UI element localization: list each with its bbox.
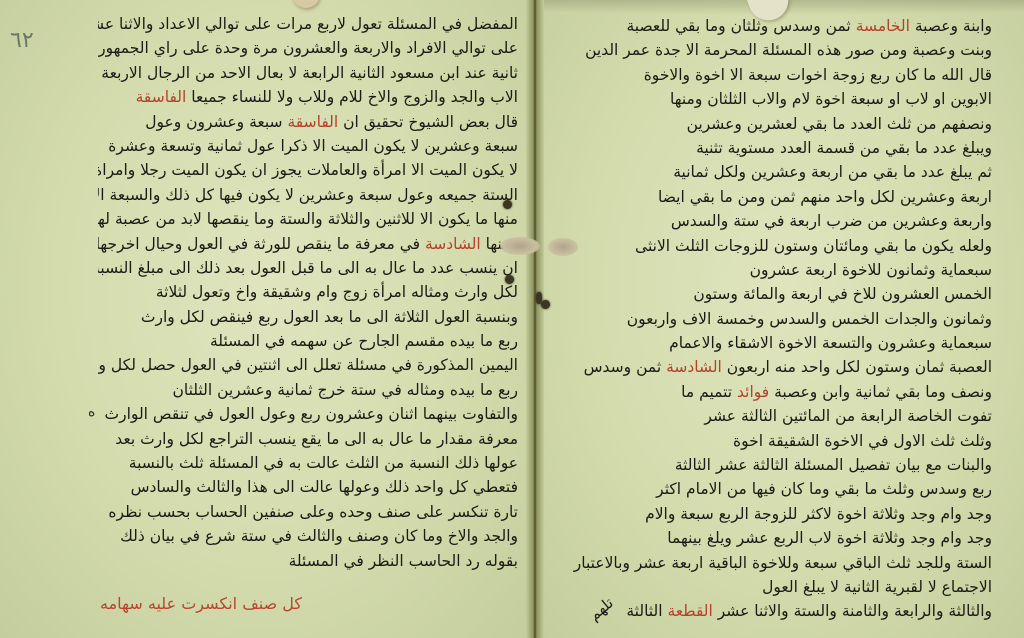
manuscript-line: لكل وارث ومثاله امرأة زوج وام وشقيقة واخ… [98, 280, 518, 304]
manuscript-line: والبنات مع بيان تفصيل المسئلة الثالثة عش… [560, 453, 992, 477]
rubric-word: فوائد [737, 383, 769, 401]
manuscript-line: سبعة وعشرين لا يكون الميت الا ذكرا عول ث… [98, 134, 518, 158]
manuscript-line: وثلث ثلث الاول في الاخوة الشقيقة اخوة [560, 429, 992, 453]
manuscript-line: ربع وسدس وثلث ما بقي وما كان فيها من الا… [560, 477, 992, 501]
manuscript-line: وثمانون والجدات الخمس والسدس وخمسة الاف … [560, 307, 992, 331]
rubric-word: الفاسقة [287, 113, 338, 131]
manuscript-line: وجد وام وجد وثلاثة اخوة لاب الربع عشر وي… [560, 526, 992, 550]
manuscript-line: وبنسبة العول الثلاثة الى ما بعد العول رب… [98, 305, 518, 329]
manuscript-line: ان ينسب عدد ما عال به الى ما قبل العول ب… [98, 256, 518, 280]
manuscript-line: ويبلغ عدد ما بقي من قسمة العدد مستوية تث… [560, 136, 992, 160]
manuscript-line: ونصف وما بقي ثمانية وابن وعصبة فوائد تتم… [560, 380, 992, 404]
manuscript-line: اليمين المذكورة في مسئلة تعلل الى اثنتين… [98, 353, 518, 377]
paper-damage-stain [548, 238, 578, 256]
footer-rubric-note: كل صنف انكسرت عليه سهامه [100, 594, 302, 613]
manuscript-line: لا يكون الميت الا امرأة والعاملات يجوز ا… [98, 158, 518, 182]
manuscript-line: قال بعض الشيوخ تحقيق ان الفاسقة سبعة وعش… [98, 110, 518, 134]
manuscript-line: وبنت وعصبة ومن صور هذه المسئلة المحرمة ا… [560, 38, 992, 62]
binding-hole-icon [503, 200, 512, 209]
manuscript-line: واربعة وعشرين من ضرب اربعة في ستة والسدس [560, 209, 992, 233]
manuscript-line: قال الله ما كان ربع زوجة اخوات سبعة الا … [560, 63, 992, 87]
manuscript-spread: ٦٢ المفضل في المسئلة تعول لاربع مرات على… [0, 0, 1024, 638]
binding-gutter [526, 0, 544, 638]
folio-number: ٦٢ [10, 28, 34, 53]
rubric-word: القطعة [667, 602, 712, 620]
left-page-text: المفضل في المسئلة تعول لاربع مرات على تو… [98, 12, 518, 573]
manuscript-line: ربع ما بيده ومثاله في ستة خرج ثمانية وعش… [98, 378, 518, 402]
rubric-word: الفاسقة [136, 88, 187, 106]
manuscript-line: الستة وللجد ثلث الباقي سبعة وللاخوة البا… [560, 551, 992, 575]
manuscript-line: ومنها الشادسة في معرفة ما ينقص للورثة في… [98, 232, 518, 256]
manuscript-line: بقوله رد الحاسب النظر في المسئلة [98, 549, 518, 573]
manuscript-line: سبعماية وعشرون والتسعة الاخوة الاشقاء وا… [560, 331, 992, 355]
manuscript-line: اربعة وعشرين لكل واحد منهم ثمن ومن ما بق… [560, 185, 992, 209]
manuscript-line: منها ما يكون الا للاثنين والثلاثة والستة… [98, 207, 518, 231]
manuscript-line: تارة تنكسر على صنف وحده وعلى صنفين الحسا… [98, 500, 518, 524]
manuscript-line: عولها ذلك النسبة من الثلث عالت به في الم… [98, 451, 518, 475]
rubric-word: الشادسة [425, 235, 481, 253]
manuscript-line: معرفة مقدار ما عال به الى ما يقع ينسب ال… [98, 427, 518, 451]
manuscript-line: ونصفهم من ثلث العدد ما بقي لعشرين وعشرين [560, 112, 992, 136]
manuscript-line: والجد والاخ وما كان وصنف والثالث في ستة … [98, 524, 518, 548]
manuscript-line: تفوت الخاصة الرابعة من المائتين الثالثة … [560, 404, 992, 428]
rubric-word: الشادسة [666, 358, 722, 376]
manuscript-line: الستة جميعه وعول سبعة وعشرين لا يكون فيه… [98, 183, 518, 207]
manuscript-line: العصبة ثمان وستون لكل واحد منه اربعون ال… [560, 355, 992, 379]
paper-damage-stain [500, 237, 540, 255]
manuscript-line: الاجتماع لا لقبرية الثانية لا يبلغ العول [560, 575, 992, 599]
manuscript-line: وجد وام وجد وثلاثة اخوة لاكثر للزوجة الر… [560, 502, 992, 526]
manuscript-line: الابوين او لاب او سبعة اخوة لام والاب ال… [560, 87, 992, 111]
manuscript-line: والتفاوت بينهما اثنان وعشرون ربع وعول ال… [98, 402, 518, 426]
manuscript-line: ثم يبلغ عدد ما بقي من اربعة وعشرين ولكل … [560, 160, 992, 184]
manuscript-line: سبعماية وثمانون للاخوة اربعة عشرون [560, 258, 992, 282]
manuscript-line: فتعطي كل واحد ذلك وعولها عالت الى هذا وا… [98, 475, 518, 499]
manuscript-line: ربع ما بيده مقسم الجارح عن سهمه في المسئ… [98, 329, 518, 353]
rubric-word: الخامسة [856, 17, 910, 35]
manuscript-line: المفضل في المسئلة تعول لاربع مرات على تو… [98, 12, 518, 36]
manuscript-line: ولعله يكون ما بقي ومائتان وستون للزوجات … [560, 234, 992, 258]
manuscript-line: وابنة وعصبة الخامسة ثمن وسدس وثلثان وما … [560, 14, 992, 38]
binding-hole-icon [536, 292, 542, 304]
manuscript-line: الخمس العشرون للاخ في اربعة والمائة وستو… [560, 282, 992, 306]
binding-hole-icon [505, 275, 514, 284]
binding-hole-icon [541, 300, 550, 309]
manuscript-line: الاب والجد والزوج والاخ للام وللاب ولا ل… [98, 85, 518, 109]
margin-mark: ه [88, 404, 95, 420]
manuscript-line: على توالي الافراد والاربعة والعشرون مرة … [98, 36, 518, 60]
manuscript-line: ثانية عند ابن مسعود الثانية الرابعة لا ب… [98, 61, 518, 85]
right-page-text: وابنة وعصبة الخامسة ثمن وسدس وثلثان وما … [560, 14, 992, 624]
manuscript-line: والثالثة والرابعة والثامنة والستة والاثن… [560, 599, 992, 623]
